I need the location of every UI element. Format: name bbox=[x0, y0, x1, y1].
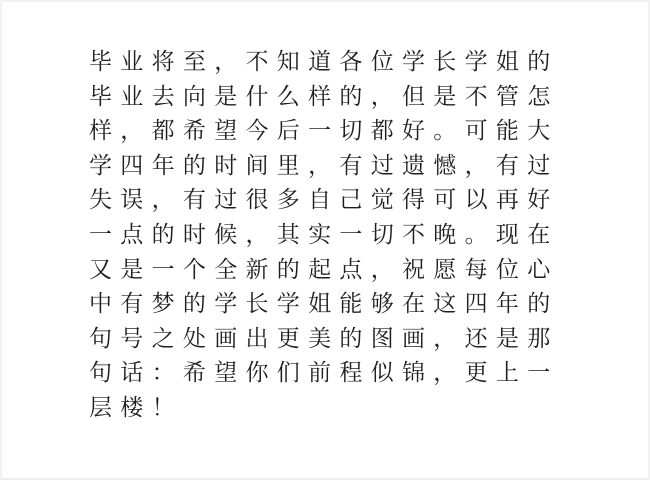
paragraph-line: 中有梦的学长学姐能够在这四年的 bbox=[89, 286, 589, 321]
paragraph-line: 毕业将至，不知道各位学长学姐的 bbox=[89, 44, 589, 79]
paragraph-line: 句话：希望你们前程似锦，更上一 bbox=[89, 355, 589, 390]
paragraph-line: 层楼！ bbox=[89, 390, 589, 425]
paragraph-line: 学四年的时间里，有过遗憾，有过 bbox=[89, 148, 589, 183]
paragraph-line: 句号之处画出更美的图画，还是那 bbox=[89, 321, 589, 356]
paragraph-line: 样，都希望今后一切都好。可能大 bbox=[89, 113, 589, 148]
paragraph-line: 失误，有过很多自己觉得可以再好 bbox=[89, 182, 589, 217]
paragraph-line: 又是一个全新的起点，祝愿每位心 bbox=[89, 252, 589, 287]
text-paragraph: 毕业将至，不知道各位学长学姐的 毕业去向是什么样的，但是不管怎 样，都希望今后一… bbox=[89, 44, 589, 425]
paragraph-line: 毕业去向是什么样的，但是不管怎 bbox=[89, 79, 589, 114]
document-page: 毕业将至，不知道各位学长学姐的 毕业去向是什么样的，但是不管怎 样，都希望今后一… bbox=[0, 0, 650, 480]
paragraph-line: 一点的时候，其实一切不晚。现在 bbox=[89, 217, 589, 252]
